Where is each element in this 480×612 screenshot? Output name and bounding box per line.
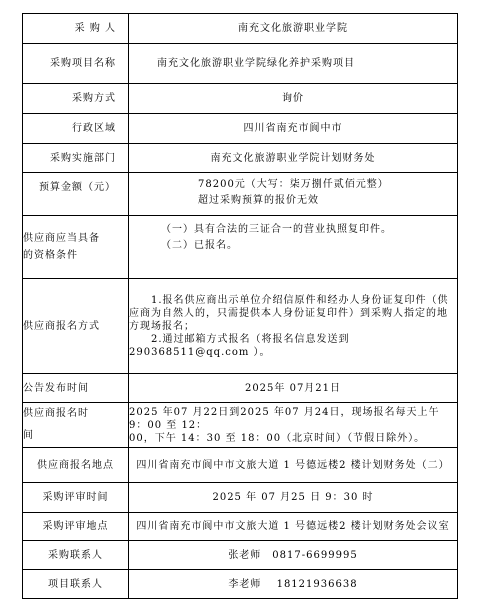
label-project-contact: 项目联系人 — [23, 570, 129, 599]
label-publish-time: 公告发布时间 — [23, 374, 129, 403]
row-registration-time: 供应商报名时 间 2025 年07 月22日到2025 年07 月24日，现场报… — [23, 403, 458, 448]
value-project-contact: 李老师 18121936638 — [129, 570, 458, 599]
registration-time-line-2: 00，下午 14：30 至 18：00（北京时间）（节假日除外）。 — [129, 432, 457, 445]
registration-method-item-1: 1.报名供应商出示单位介绍信原件和经办人身份证复印件（供应商为自然人的，只需提供… — [129, 294, 457, 333]
value-purchaser: 南充文化旅游职业学院 — [129, 14, 458, 44]
label-budget: 预算金额（元） — [23, 173, 129, 216]
registration-time-line-1: 2025 年07 月22日到2025 年07 月24日，现场报名每天上午9：00… — [129, 406, 457, 432]
row-review-place: 采购评审地点 四川省南充市阆中市文旅大道 1 号德远楼2 楼计划财务处会议室 — [23, 513, 458, 541]
label-purchaser: 采 购 人 — [23, 14, 129, 44]
value-review-time: 2025 年 07 月25 日 9：30 时 — [129, 483, 458, 513]
row-department: 采购实施部门 南充文化旅游职业学院计划财务处 — [23, 144, 458, 173]
value-project-name: 南充文化旅游职业学院绿化养护采购项目 — [129, 44, 458, 84]
label-review-time: 采购评审时间 — [23, 483, 129, 513]
label-registration-place: 供应商报名地点 — [23, 448, 129, 483]
label-registration-method: 供应商报名方式 — [23, 279, 129, 374]
value-review-place: 四川省南充市阆中市文旅大道 1 号德远楼2 楼计划财务处会议室 — [129, 513, 458, 541]
label-qualification: 供应商应当具备 的资格条件 — [23, 216, 129, 279]
label-region: 行政区域 — [23, 114, 129, 144]
value-registration-place: 四川省南充市阆中市文旅大道 1 号德远楼2 楼计划财务处（二） — [129, 448, 458, 483]
label-method: 采购方式 — [23, 84, 129, 114]
row-project-contact: 项目联系人 李老师 18121936638 — [23, 570, 458, 599]
qualification-item-2: （二）已报名。 — [129, 238, 457, 254]
row-project-name: 采购项目名称 南充文化旅游职业学院绿化养护采购项目 — [23, 44, 458, 84]
row-qualification: 供应商应当具备 的资格条件 （一）具有合法的三证合一的营业执照复印件。 （二）已… — [23, 216, 458, 279]
row-purchase-contact: 采购联系人 张老师 0817-6699995 — [23, 541, 458, 570]
label-department: 采购实施部门 — [23, 144, 129, 173]
value-purchase-contact: 张老师 0817-6699995 — [129, 541, 458, 570]
label-purchase-contact: 采购联系人 — [23, 541, 129, 570]
value-method: 询价 — [129, 84, 458, 114]
row-review-time: 采购评审时间 2025 年 07 月25 日 9：30 时 — [23, 483, 458, 513]
qualification-item-1: （一）具有合法的三证合一的营业执照复印件。 — [129, 222, 457, 238]
budget-amount: 78200元（大写：柒万捌仟贰佰元整） — [129, 177, 457, 193]
procurement-notice-table: 采 购 人 南充文化旅游职业学院 采购项目名称 南充文化旅游职业学院绿化养护采购… — [22, 13, 458, 599]
row-purchaser: 采 购 人 南充文化旅游职业学院 — [23, 14, 458, 44]
budget-note: 超过采购预算的报价无效 — [129, 193, 457, 209]
value-publish-time: 2025年 07月21日 — [129, 374, 458, 403]
registration-method-item-2: 2.通过邮箱方式报名（将报名信息发送到 290368511@qq.com ）。 — [129, 333, 457, 359]
value-region: 四川省南充市阆中市 — [129, 114, 458, 144]
row-budget: 预算金额（元） 78200元（大写：柒万捌仟贰佰元整） 超过采购预算的报价无效 — [23, 173, 458, 216]
row-registration-place: 供应商报名地点 四川省南充市阆中市文旅大道 1 号德远楼2 楼计划财务处（二） — [23, 448, 458, 483]
label-registration-time: 供应商报名时 间 — [23, 403, 129, 448]
label-project-name: 采购项目名称 — [23, 44, 129, 84]
row-registration-method: 供应商报名方式 1.报名供应商出示单位介绍信原件和经办人身份证复印件（供应商为自… — [23, 279, 458, 374]
row-method: 采购方式 询价 — [23, 84, 458, 114]
row-publish-time: 公告发布时间 2025年 07月21日 — [23, 374, 458, 403]
value-department: 南充文化旅游职业学院计划财务处 — [129, 144, 458, 173]
row-region: 行政区域 四川省南充市阆中市 — [23, 114, 458, 144]
label-review-place: 采购评审地点 — [23, 513, 129, 541]
